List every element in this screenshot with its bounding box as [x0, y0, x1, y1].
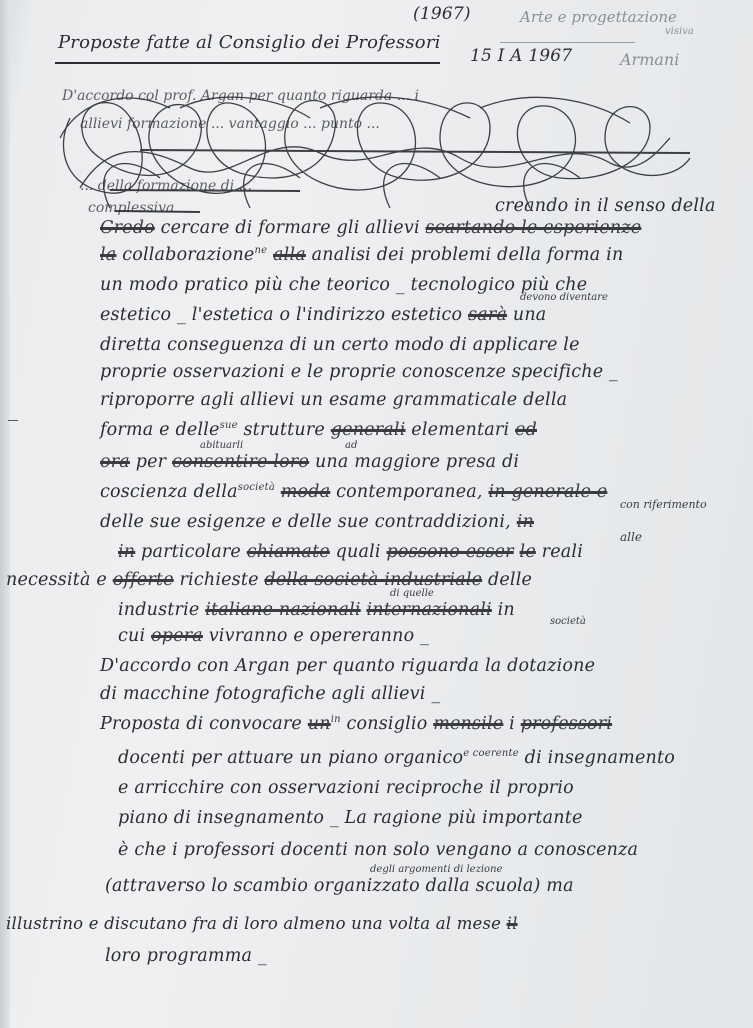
insertion-di-quelle: di quelle — [390, 588, 434, 599]
pencil-annotation-subject: Arte e progettazione — [520, 8, 677, 26]
svg-text:D'accordo col prof. Argan per: D'accordo col prof. Argan per quanto rig… — [61, 88, 419, 104]
svg-text:complessiva: complessiva — [88, 200, 174, 216]
svg-text:... della formazione di ...: ... della formazione di ... — [80, 178, 252, 194]
manuscript-page: Proposte fatte al Consiglio dei Professo… — [0, 0, 753, 1028]
text-line-25: illustrino e discutano fra di loro almen… — [6, 914, 518, 933]
insertion-degli-argomenti: degli argomenti di lezione — [370, 864, 502, 875]
text-line-17: D'accordo con Argan per quanto riguarda … — [100, 656, 595, 676]
text-line-22: piano di insegnamento _ La ragione più i… — [118, 808, 583, 828]
text-line-2: Credo cercare di formare gli allievi sca… — [100, 218, 641, 238]
insertion-societa: società — [550, 616, 586, 627]
text-line-1: creando in il senso della — [495, 196, 716, 216]
document-date: 15 I A 1967 — [470, 46, 572, 66]
title-underline — [55, 62, 440, 64]
insertion-con-riferimento: con riferimento — [620, 498, 707, 511]
svg-text:allievi formazione ... vantagg: allievi formazione ... vantaggio ... pun… — [80, 116, 380, 132]
text-line-9: forma e dellesue strutture generali elem… — [100, 420, 537, 440]
margin-tick-mark — [8, 420, 18, 421]
text-line-16: cui opera vivranno e opereranno _ — [118, 626, 429, 646]
insertion-alle: alle — [620, 530, 642, 544]
text-line-21: e arricchire con osservazioni reciproche… — [118, 778, 574, 798]
text-line-10: ora per consentire loro una maggiore pre… — [100, 452, 519, 472]
text-line-5: estetico _ l'estetica o l'indirizzo este… — [100, 305, 546, 325]
text-line-23: è che i professori docenti non solo veng… — [118, 840, 638, 860]
text-line-4: un modo pratico più che teorico _ tecnol… — [100, 275, 587, 295]
document-title: Proposte fatte al Consiglio dei Professo… — [58, 32, 441, 53]
text-line-15: industrie italiane nazionali internazion… — [118, 600, 515, 620]
text-line-12: delle sue esigenze e delle sue contraddi… — [100, 512, 534, 532]
text-line-6: diretta conseguenza di un certo modo di … — [100, 335, 580, 355]
pencil-annotation-sup: visiva — [665, 26, 694, 37]
insertion-abituarli: abituarli — [200, 440, 243, 451]
text-line-20: docenti per attuare un piano organicoe c… — [118, 748, 675, 768]
text-line-7: proprie osservazioni e le proprie conosc… — [100, 362, 618, 382]
text-line-14: necessità e offerte richieste della soci… — [6, 570, 532, 590]
text-line-24: (attraverso lo scambio organizzato dalla… — [105, 876, 574, 896]
text-line-3: la collaborazionene alla analisi dei pro… — [100, 245, 623, 265]
pencil-annotation-name: Armani — [620, 50, 679, 69]
text-line-18: di macchine fotografiche agli allievi _ — [100, 684, 440, 704]
text-line-11: coscienza dellasocietà moda contemporane… — [100, 482, 607, 502]
date-note: (1967) — [413, 4, 471, 24]
text-line-19: Proposta di convocare unin consiglio men… — [100, 714, 612, 734]
text-line-26: loro programma _ — [105, 946, 267, 966]
pencil-underline — [500, 42, 635, 43]
paper-fold-shadow — [0, 0, 10, 1028]
insertion-ad: ad — [345, 440, 357, 451]
insertion-devono-diventare: devono diventare — [520, 292, 608, 303]
text-line-8: riproporre agli allievi un esame grammat… — [100, 390, 567, 410]
text-line-13: in particolare chiamate quali possono es… — [118, 542, 583, 562]
